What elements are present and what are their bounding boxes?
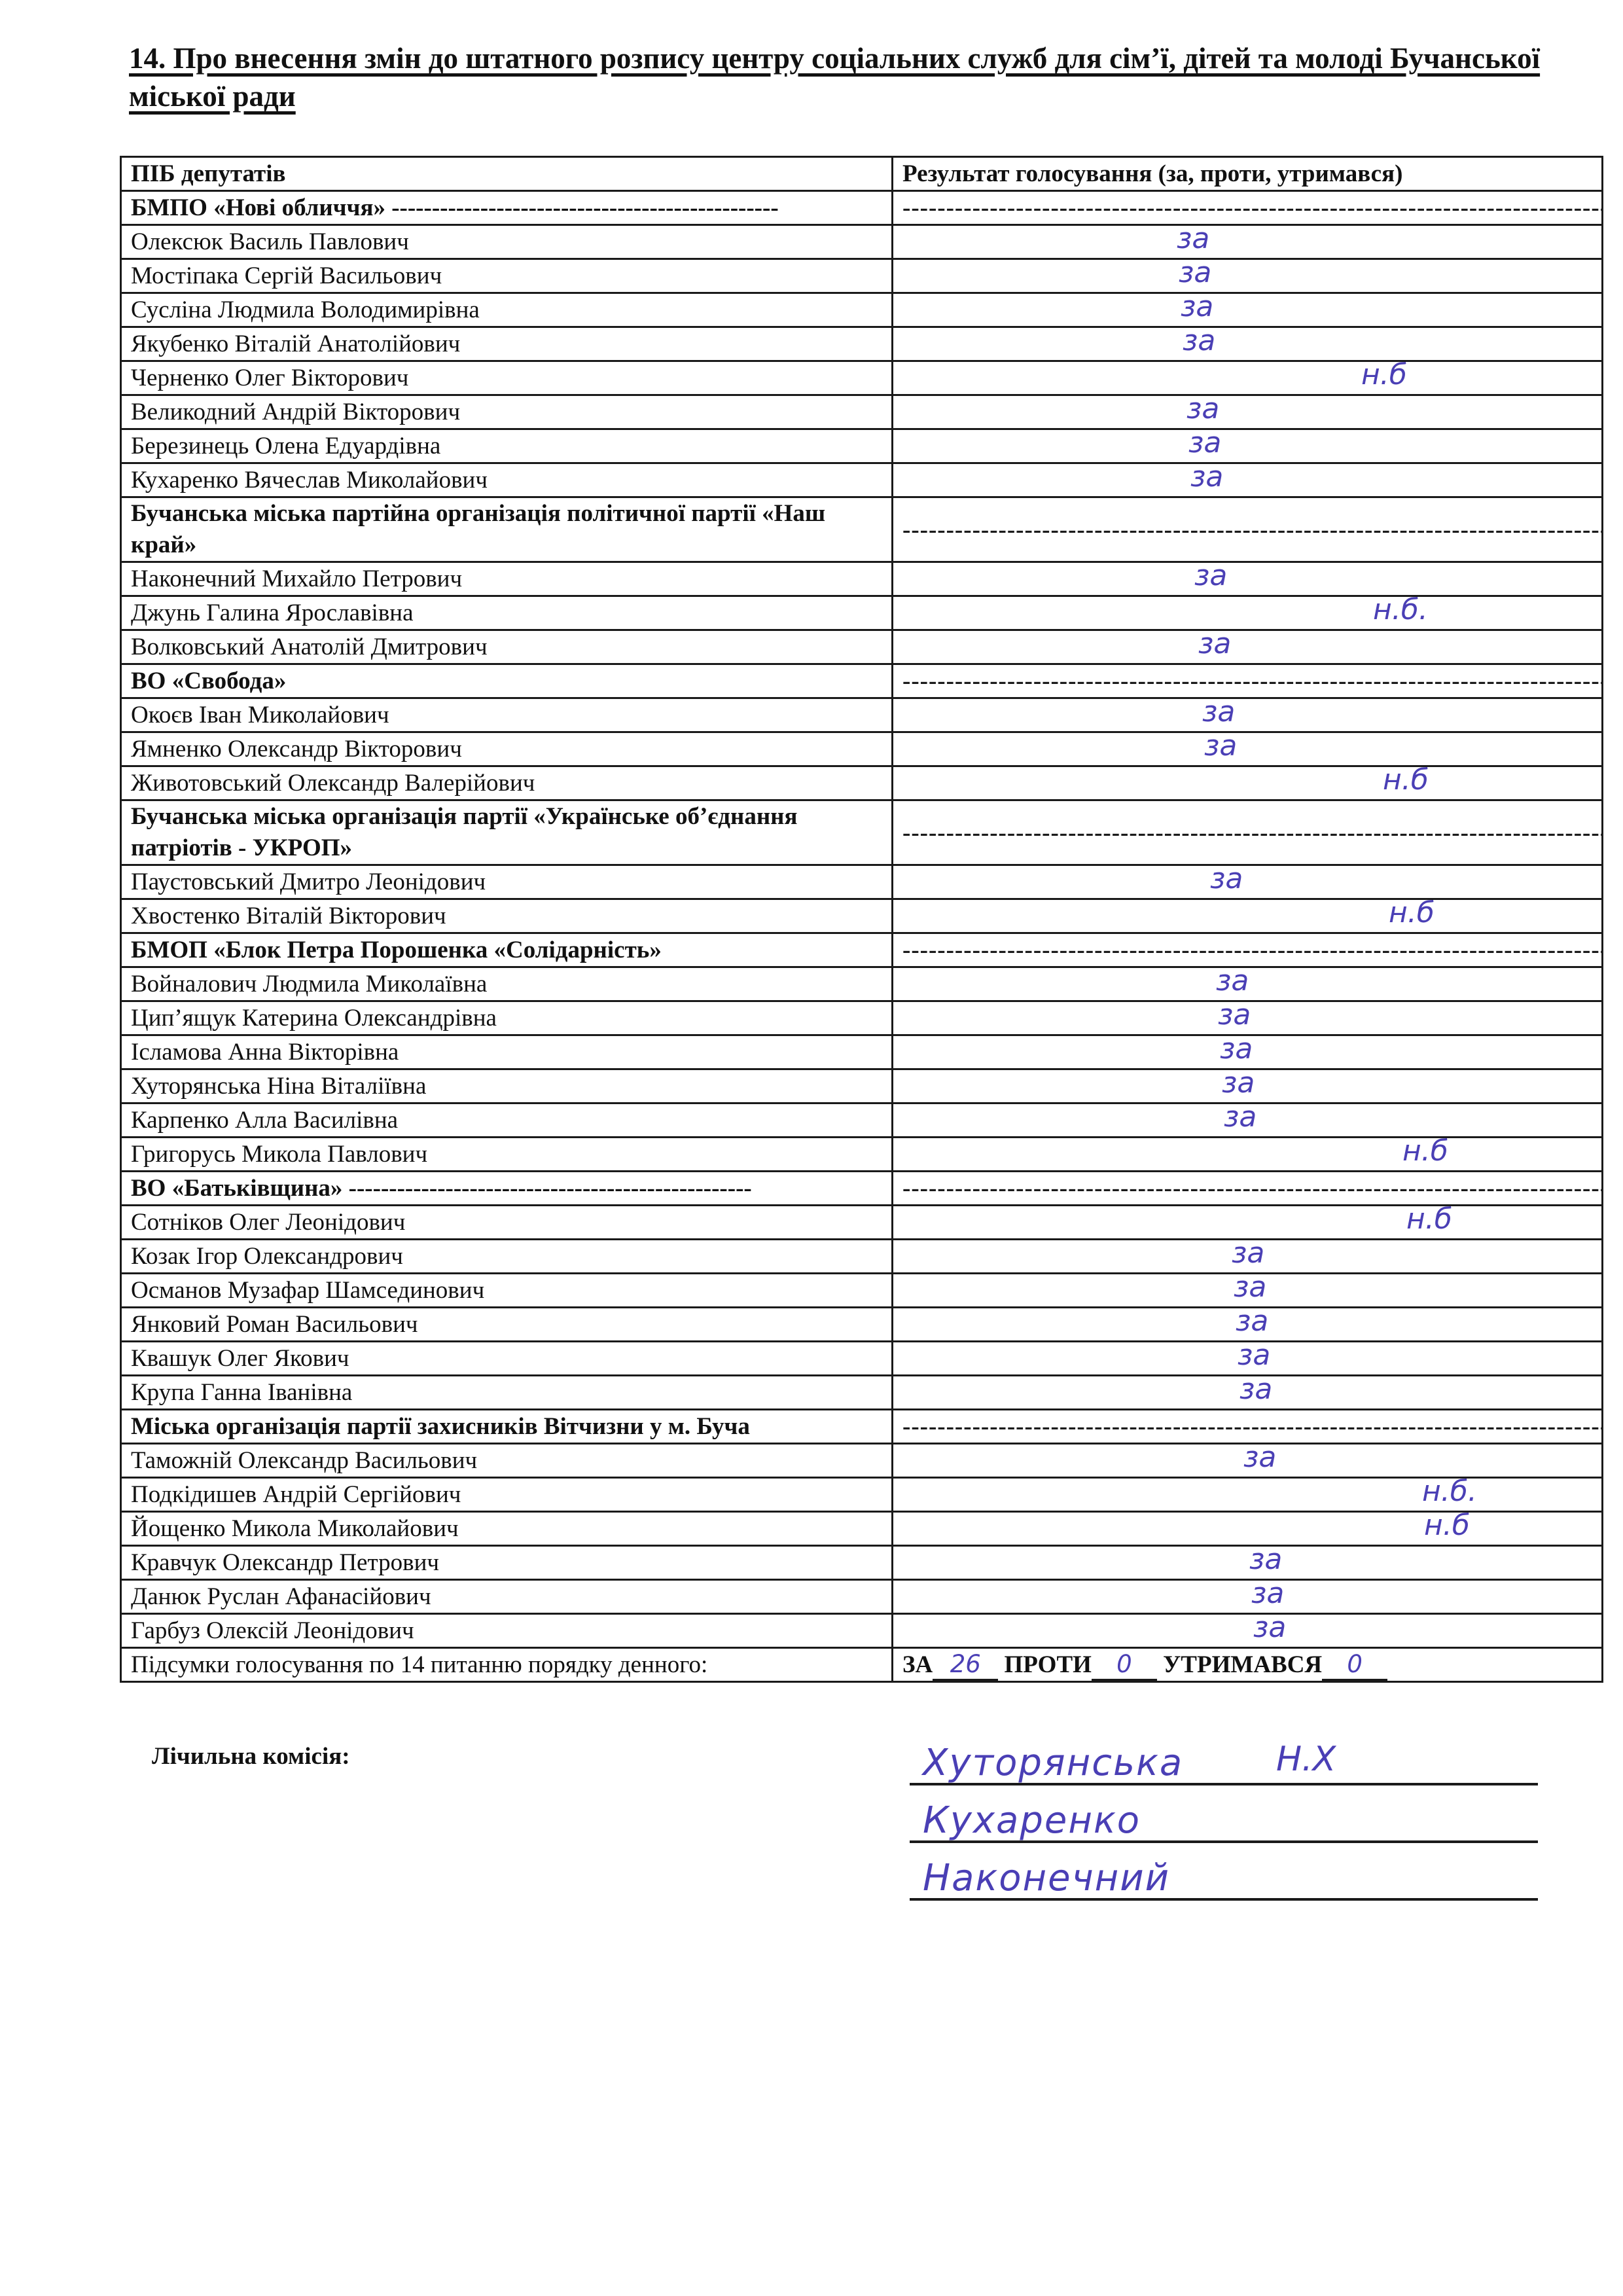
vote-cell: за (893, 1069, 1603, 1103)
deputy-row: Таможній Олександр Васильовичза (121, 1444, 1603, 1478)
deputy-name: Хвостенко Віталій Вікторович (121, 899, 893, 933)
deputy-row: Паустовський Дмитро Леонідовичза (121, 865, 1603, 899)
deputy-name: Гарбуз Олексій Леонідович (121, 1614, 893, 1648)
deputy-name: Кухаренко Вячеслав Миколайович (121, 463, 893, 497)
header-result: Результат голосування (за, проти, утрима… (893, 157, 1603, 191)
deputy-name: Османов Музафар Шамсединович (121, 1274, 893, 1308)
deputy-row: Йощенко Микола Миколайовичн.б (121, 1512, 1603, 1546)
handwritten-vote: н.б (1424, 1512, 1470, 1541)
deputy-row: Войналович Людмила Миколаївназа (121, 967, 1603, 1001)
handwritten-vote: за (1249, 1546, 1282, 1575)
handwritten-vote: н.б (1406, 1206, 1452, 1234)
signature-name: Кухаренко (923, 1799, 1141, 1842)
party-separator: ----------------------------------------… (893, 1172, 1603, 1206)
party-separator: ----------------------------------------… (893, 1410, 1603, 1444)
vote-cell: за (893, 293, 1603, 327)
signature-line: Наконечний (910, 1843, 1538, 1901)
handwritten-vote: за (1188, 429, 1221, 458)
abstain-label: УТРИМАВСЯ (1163, 1651, 1322, 1678)
party-name: БМОП «Блок Петра Порошенка «Солідарність… (121, 933, 893, 967)
vote-cell: за (893, 698, 1603, 732)
signature-name: Хуторянська (923, 1742, 1183, 1784)
vote-cell: за (893, 1001, 1603, 1035)
deputy-row: Янковий Роман Васильовичза (121, 1308, 1603, 1342)
deputy-name: Сотніков Олег Леонідович (121, 1206, 893, 1240)
handwritten-vote: за (1198, 630, 1231, 659)
vote-cell: за (893, 1580, 1603, 1614)
signature-name: Наконечний (923, 1857, 1170, 1899)
party-group-row: Бучанська міська партійна організація по… (121, 497, 1603, 562)
handwritten-vote: за (1183, 327, 1215, 356)
deputy-row: Черненко Олег Вікторовичн.б (121, 361, 1603, 395)
party-separator: ----------------------------------------… (893, 497, 1603, 562)
vote-cell: за (893, 1308, 1603, 1342)
deputy-row: Наконечний Михайло Петровичза (121, 562, 1603, 596)
handwritten-vote: за (1202, 698, 1235, 727)
deputy-name: Крупа Ганна Іванівна (121, 1376, 893, 1410)
handwritten-vote: за (1243, 1444, 1276, 1473)
deputy-name: Животовський Олександр Валерійович (121, 766, 893, 800)
party-name: ВО «Свобода» (121, 664, 893, 698)
handwritten-vote: за (1179, 259, 1211, 288)
deputy-name: Цип’ящук Катерина Олександрівна (121, 1001, 893, 1035)
party-separator: ----------------------------------------… (893, 800, 1603, 865)
party-group-row: БМПО «Нові обличчя» --------------------… (121, 191, 1603, 225)
deputy-name: Волковський Анатолій Дмитрович (121, 630, 893, 664)
deputy-row: Гарбуз Олексій Леонідовичза (121, 1614, 1603, 1648)
deputy-row: Якубенко Віталій Анатолійовичза (121, 327, 1603, 361)
vote-cell: за (893, 1376, 1603, 1410)
party-group-row: ВО «Батьківщина» -----------------------… (121, 1172, 1603, 1206)
deputy-row: Березинець Олена Едуардівназа (121, 429, 1603, 463)
deputy-row: Крупа Ганна Іванівназа (121, 1376, 1603, 1410)
handwritten-vote: за (1238, 1342, 1270, 1371)
deputy-row: Цип’ящук Катерина Олександрівназа (121, 1001, 1603, 1035)
deputy-name: Карпенко Алла Василівна (121, 1103, 893, 1138)
vote-cell: за (893, 225, 1603, 259)
deputy-name: Якубенко Віталій Анатолійович (121, 327, 893, 361)
handwritten-vote: за (1240, 1376, 1272, 1405)
deputy-name: Паустовський Дмитро Леонідович (121, 865, 893, 899)
deputy-row: Сусліна Людмила Володимирівназа (121, 293, 1603, 327)
vote-cell: за (893, 1342, 1603, 1376)
deputy-row: Кравчук Олександр Петровичза (121, 1546, 1603, 1580)
signature-block: Хуторянська Н.Х Кухаренко Наконечний (910, 1728, 1538, 1901)
vote-cell: н.б. (893, 1478, 1603, 1512)
deputy-row: Животовський Олександр Валерійовичн.б (121, 766, 1603, 800)
signature-line: Кухаренко (910, 1785, 1538, 1843)
signature-line: Хуторянська Н.Х (910, 1728, 1538, 1785)
deputy-row: Сотніков Олег Леонідовичн.б (121, 1206, 1603, 1240)
table-header-row: ПІБ депутатів Результат голосування (за,… (121, 157, 1603, 191)
vote-cell: н.б (893, 1206, 1603, 1240)
party-name: Міська організація партії захисників Віт… (121, 1410, 893, 1444)
party-name: Бучанська міська організація партії «Укр… (121, 800, 893, 865)
vote-cell: за (893, 327, 1603, 361)
party-group-row: Міська організація партії захисників Віт… (121, 1410, 1603, 1444)
against-label: ПРОТИ (1005, 1651, 1092, 1678)
deputy-name: Григорусь Микола Павлович (121, 1138, 893, 1172)
abstain-value: 0 (1322, 1649, 1387, 1681)
handwritten-vote: за (1186, 395, 1219, 424)
signature-mark: Н.Х (1276, 1740, 1336, 1779)
deputy-name: Хуторянська Ніна Віталіївна (121, 1069, 893, 1103)
deputy-name: Олексюк Василь Павлович (121, 225, 893, 259)
vote-cell: за (893, 429, 1603, 463)
handwritten-vote: за (1224, 1103, 1257, 1132)
deputy-name: Мостіпака Сергій Васильович (121, 259, 893, 293)
handwritten-vote: н.б (1383, 766, 1429, 795)
handwritten-vote: за (1210, 865, 1243, 894)
deputy-name: Янковий Роман Васильович (121, 1308, 893, 1342)
deputy-name: Войналович Людмила Миколаївна (121, 967, 893, 1001)
deputy-row: Козак Ігор Олександровичза (121, 1240, 1603, 1274)
handwritten-vote: за (1194, 562, 1227, 591)
deputy-row: Подкідишев Андрій Сергійовичн.б. (121, 1478, 1603, 1512)
handwritten-vote: за (1218, 1001, 1251, 1030)
handwritten-vote: н.б. (1373, 596, 1428, 625)
deputy-row: Кухаренко Вячеслав Миколайовичза (121, 463, 1603, 497)
vote-cell: за (893, 1546, 1603, 1580)
vote-cell: н.б (893, 899, 1603, 933)
deputy-name: Данюк Руслан Афанасійович (121, 1580, 893, 1614)
handwritten-vote: за (1181, 293, 1213, 322)
deputy-row: Ямненко Олександр Вікторовичза (121, 732, 1603, 766)
deputy-name: Кравчук Олександр Петрович (121, 1546, 893, 1580)
party-group-row: Бучанська міська організація партії «Укр… (121, 800, 1603, 865)
document-title: 14. Про внесення змін до штатного розпис… (129, 39, 1569, 115)
handwritten-vote: за (1234, 1274, 1266, 1302)
party-group-row: БМОП «Блок Петра Порошенка «Солідарність… (121, 933, 1603, 967)
vote-cell: за (893, 732, 1603, 766)
deputy-name: Сусліна Людмила Володимирівна (121, 293, 893, 327)
deputy-name: Черненко Олег Вікторович (121, 361, 893, 395)
deputy-name: Окоєв Іван Миколайович (121, 698, 893, 732)
summary-values: ЗА26 ПРОТИ0 УТРИМАВСЯ0 (893, 1648, 1603, 1682)
deputy-row: Олексюк Василь Павловичза (121, 225, 1603, 259)
deputy-name: Джунь Галина Ярославівна (121, 596, 893, 630)
party-group-row: ВО «Свобода»----------------------------… (121, 664, 1603, 698)
handwritten-vote: за (1253, 1614, 1286, 1643)
handwritten-vote: за (1222, 1069, 1255, 1098)
vote-cell: за (893, 562, 1603, 596)
handwritten-vote: за (1204, 732, 1237, 761)
vote-cell: за (893, 630, 1603, 664)
handwritten-vote: н.б (1389, 899, 1435, 928)
deputy-row: Великодний Андрій Вікторовичза (121, 395, 1603, 429)
table-body: БМПО «Нові обличчя» --------------------… (121, 191, 1603, 1648)
deputy-row: Карпенко Алла Василівназа (121, 1103, 1603, 1138)
deputy-row: Джунь Галина Ярославівнан.б. (121, 596, 1603, 630)
party-separator: ----------------------------------------… (893, 191, 1603, 225)
deputy-name: Квашук Олег Якович (121, 1342, 893, 1376)
vote-cell: н.б (893, 766, 1603, 800)
deputy-row: Окоєв Іван Миколайовичза (121, 698, 1603, 732)
party-separator: ----------------------------------------… (893, 933, 1603, 967)
deputy-row: Квашук Олег Яковичза (121, 1342, 1603, 1376)
voting-table: ПІБ депутатів Результат голосування (за,… (120, 156, 1603, 1683)
deputy-name: Березинець Олена Едуардівна (121, 429, 893, 463)
deputy-name: Йощенко Микола Миколайович (121, 1512, 893, 1546)
deputy-name: Подкідишев Андрій Сергійович (121, 1478, 893, 1512)
deputy-row: Григорусь Микола Павловичн.б (121, 1138, 1603, 1172)
vote-cell: за (893, 1035, 1603, 1069)
party-name: ВО «Батьківщина» -----------------------… (121, 1172, 893, 1206)
deputy-name: Козак Ігор Олександрович (121, 1240, 893, 1274)
vote-cell: за (893, 1274, 1603, 1308)
deputy-row: Хвостенко Віталій Вікторовичн.б (121, 899, 1603, 933)
handwritten-vote: н.б. (1422, 1478, 1477, 1507)
handwritten-vote: н.б (1361, 361, 1407, 390)
vote-cell: н.б (893, 361, 1603, 395)
party-name: БМПО «Нові обличчя» --------------------… (121, 191, 893, 225)
deputy-row: Османов Музафар Шамсединовичза (121, 1274, 1603, 1308)
deputy-row: Мостіпака Сергій Васильовичза (121, 259, 1603, 293)
vote-cell: н.б. (893, 596, 1603, 630)
handwritten-vote: за (1236, 1308, 1268, 1336)
deputy-name: Ямненко Олександр Вікторович (121, 732, 893, 766)
summary-label: Підсумки голосування по 14 питанню поряд… (121, 1648, 893, 1682)
vote-cell: за (893, 1240, 1603, 1274)
deputy-name: Наконечний Михайло Петрович (121, 562, 893, 596)
deputy-name: Таможній Олександр Васильович (121, 1444, 893, 1478)
vote-cell: за (893, 395, 1603, 429)
vote-cell: за (893, 1444, 1603, 1478)
handwritten-vote: за (1232, 1240, 1264, 1268)
vote-cell: за (893, 259, 1603, 293)
handwritten-vote: за (1216, 967, 1249, 996)
counting-commission-label: Лічильна комісія: (152, 1742, 350, 1770)
vote-cell: за (893, 1614, 1603, 1648)
deputy-row: Волковський Анатолій Дмитровичза (121, 630, 1603, 664)
vote-cell: за (893, 463, 1603, 497)
deputy-name: Великодний Андрій Вікторович (121, 395, 893, 429)
party-name: Бучанська міська партійна організація по… (121, 497, 893, 562)
vote-cell: н.б (893, 1512, 1603, 1546)
handwritten-vote: за (1251, 1580, 1284, 1609)
deputy-row: Данюк Руслан Афанасійовичза (121, 1580, 1603, 1614)
header-name: ПІБ депутатів (121, 157, 893, 191)
handwritten-vote: за (1220, 1035, 1253, 1064)
party-separator: ----------------------------------------… (893, 664, 1603, 698)
summary-row: Підсумки голосування по 14 питанню поряд… (121, 1648, 1603, 1682)
handwritten-vote: за (1190, 463, 1223, 492)
for-label: ЗА (902, 1651, 933, 1678)
vote-cell: за (893, 1103, 1603, 1138)
vote-cell: за (893, 865, 1603, 899)
handwritten-vote: за (1177, 225, 1209, 254)
handwritten-vote: н.б (1402, 1138, 1448, 1166)
against-value: 0 (1092, 1649, 1157, 1681)
vote-cell: н.б (893, 1138, 1603, 1172)
deputy-name: Ісламова Анна Вікторівна (121, 1035, 893, 1069)
deputy-row: Ісламова Анна Вікторівназа (121, 1035, 1603, 1069)
vote-cell: за (893, 967, 1603, 1001)
deputy-row: Хуторянська Ніна Віталіївназа (121, 1069, 1603, 1103)
for-value: 26 (933, 1649, 998, 1681)
